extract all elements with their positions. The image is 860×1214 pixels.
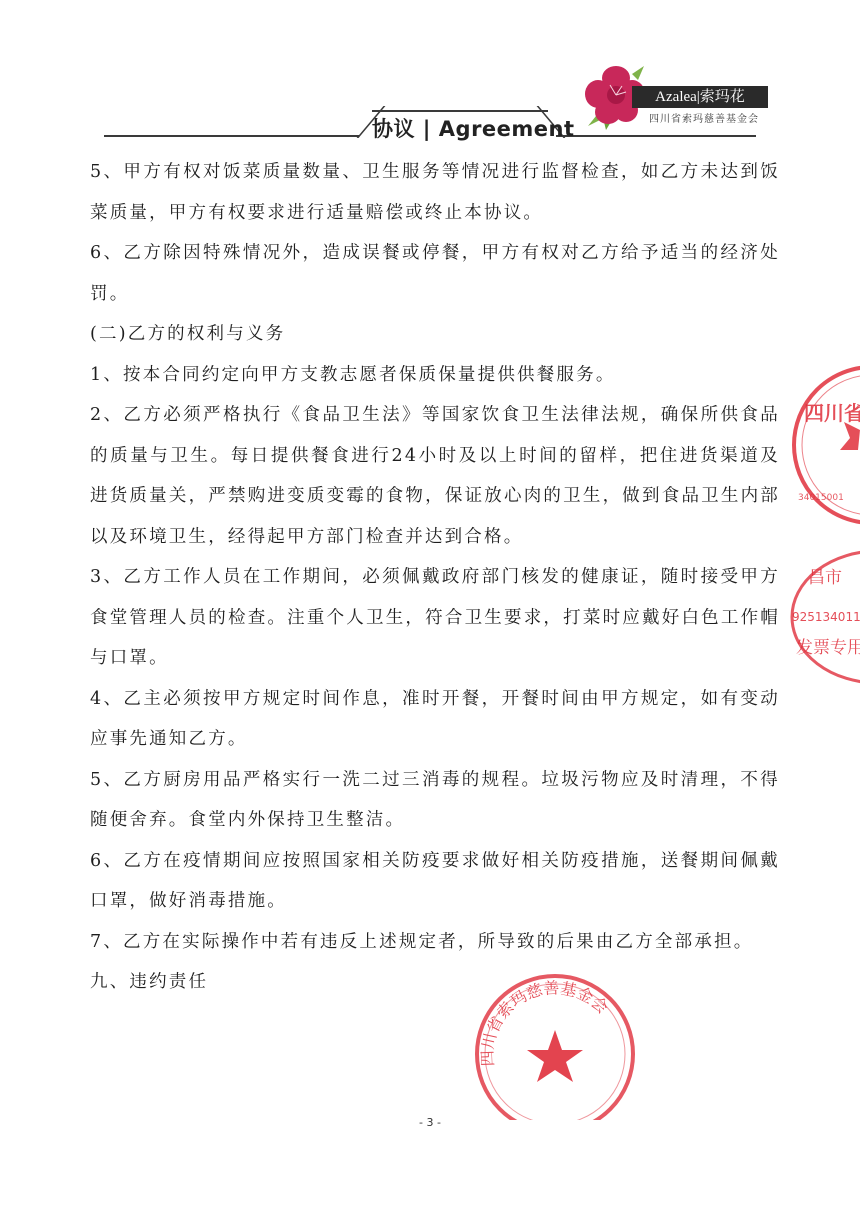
seal-text: 昌市 [808, 568, 842, 588]
header-rule-top [372, 110, 548, 112]
invoice-seal-right: 昌市 9251340110 发票专用 [786, 545, 860, 690]
seal-label: 发票专用 [796, 638, 860, 658]
foundation-name: 四川省索玛慈善基金会 [638, 110, 770, 125]
clause-b5: 5、乙方厨房用品严格实行一洗二过三消毒的规程。垃圾污物应及时清理，不得随便舍弃。… [90, 760, 780, 841]
seal-text: 四川省索 [804, 401, 860, 425]
star-icon [527, 1030, 583, 1082]
clause-a5: 5、甲方有权对饭菜质量数量、卫生服务等情况进行监督检查，如乙方未达到饭菜质量，甲… [90, 152, 780, 233]
section-heading-party-b: (二)乙方的权利与义务 [90, 314, 780, 355]
page-number: - 3 - [0, 1116, 860, 1129]
clause-b7: 7、乙方在实际操作中若有违反上述规定者，所导致的后果由乙方全部承担。 [90, 922, 780, 963]
clause-a6: 6、乙方除因特殊情况外，造成误餐或停餐，甲方有权对乙方给予适当的经济处罚。 [90, 233, 780, 314]
official-seal-right-top: 四川省索 34015001 [784, 360, 860, 530]
agreement-body: 5、甲方有权对饭菜质量数量、卫生服务等情况进行监督检查，如乙方未达到饭菜质量，甲… [90, 152, 780, 1003]
clause-b6: 6、乙方在疫情期间应按照国家相关防疫要求做好相关防疫措施，送餐期间佩戴口罩，做好… [90, 841, 780, 922]
seal-code: 34015001 [798, 493, 844, 503]
header-rule-right [556, 135, 756, 137]
clause-b2: 2、乙方必须严格执行《食品卫生法》等国家饮食卫生法律法规，确保所供食品的质量与卫… [90, 395, 780, 557]
document-header: 协议 | Agreement Azalea|索玛花 四川省索玛慈善基金会 [0, 0, 860, 150]
official-seal-bottom: 四川省索玛慈善基金会 [470, 970, 640, 1120]
brand-name: Azalea|索玛花 [632, 86, 768, 108]
clause-b4: 4、乙主必须按甲方规定时间作息，准时开餐，开餐时间由甲方规定，如有变动应事先通知… [90, 679, 780, 760]
seal-tax-number: 9251340110 [792, 610, 860, 624]
foundation-logo: Azalea|索玛花 四川省索玛慈善基金会 [582, 60, 772, 130]
header-rule-left [104, 135, 359, 137]
clause-b3: 3、乙方工作人员在工作期间，必须佩戴政府部门核发的健康证，随时接受甲方食堂管理人… [90, 557, 780, 679]
section-heading-breach: 九、违约责任 [90, 962, 780, 1003]
document-title: 协议 | Agreement [372, 113, 575, 143]
clause-b1: 1、按本合同约定向甲方支教志愿者保质保量提供供餐服务。 [90, 355, 780, 396]
